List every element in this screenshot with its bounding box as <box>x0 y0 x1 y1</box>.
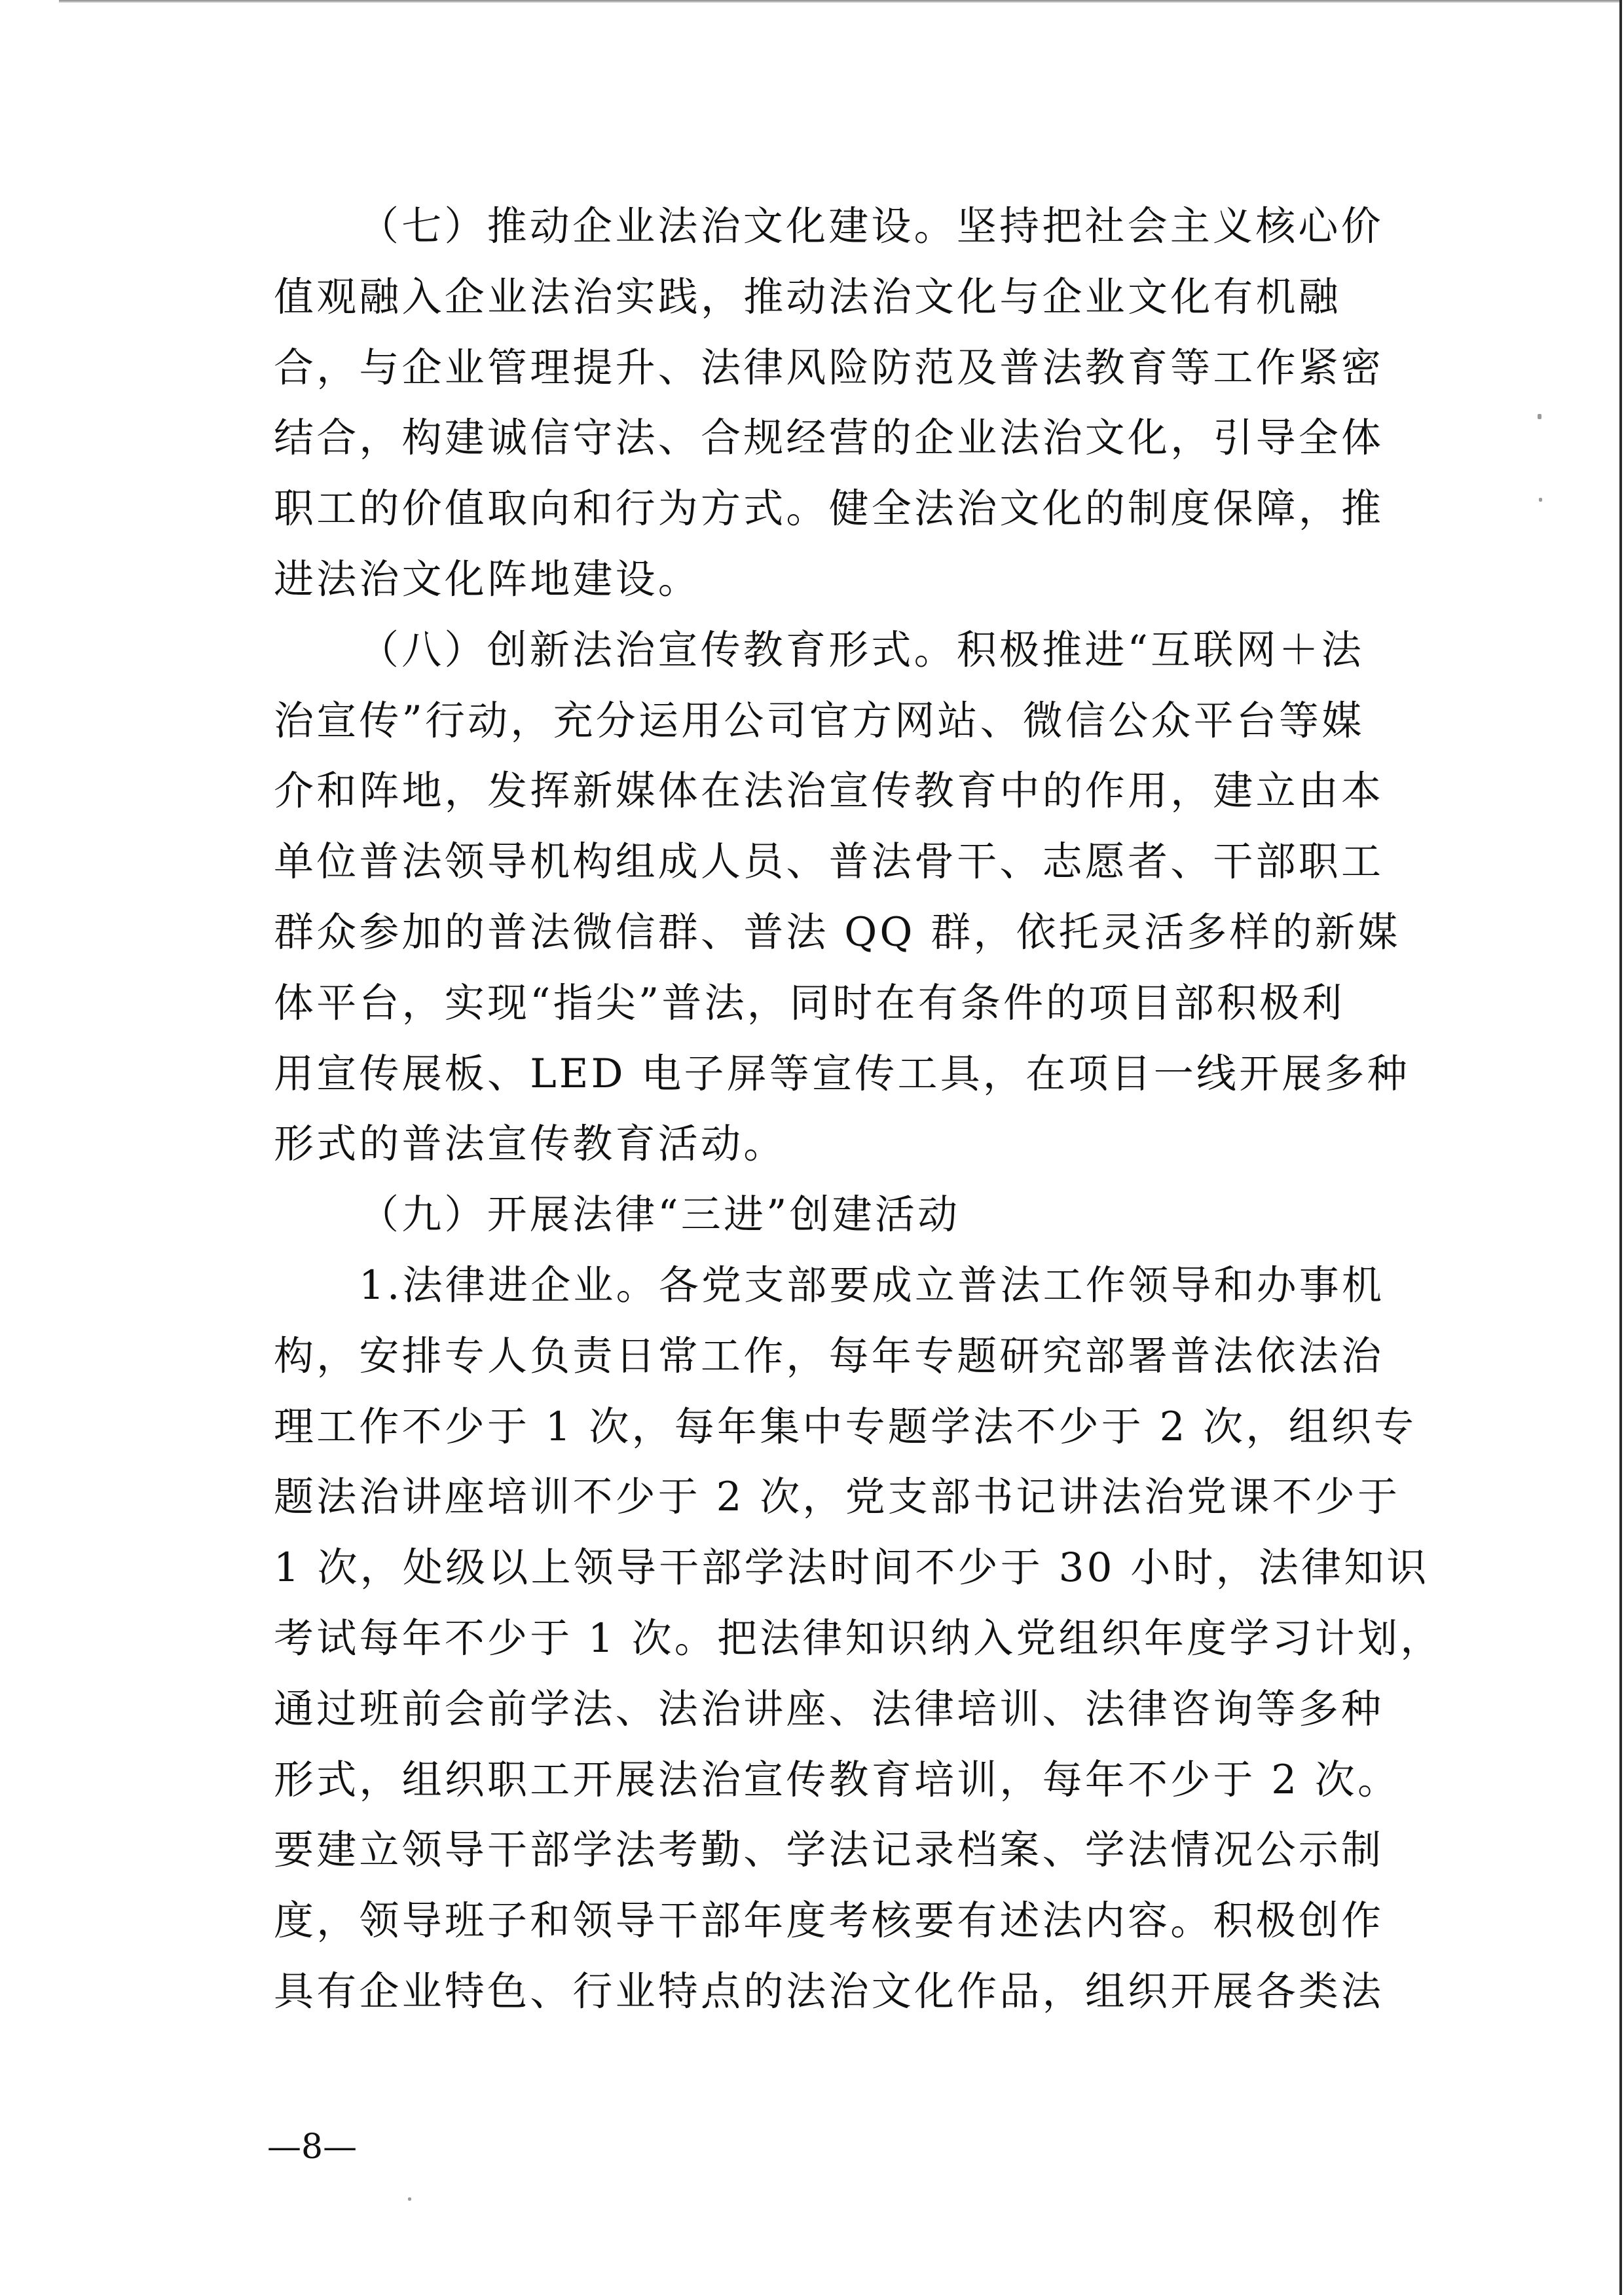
text-line: 合，与企业管理提升、法律风险防范及普法教育等工作紧密 <box>274 333 1393 403</box>
text-line: （七）推动企业法治文化建设。坚持把社会主义核心价 <box>274 191 1393 262</box>
text-line: 职工的价值取向和行为方式。健全法治文化的制度保障，推 <box>274 474 1393 544</box>
paragraph-section-8: （八）创新法治宣传教育形式。积极推进“互联网＋法 治宣传”行动，充分运用公司官方… <box>274 615 1393 1180</box>
scan-speck <box>408 2197 411 2201</box>
section-heading-9: （九）开展法律“三进”创建活动 <box>274 1180 1393 1250</box>
scan-speck <box>1538 414 1541 419</box>
text-line: 形式的普法宣传教育活动。 <box>274 1109 1393 1180</box>
text-line: 群众参加的普法微信群、普法 QQ 群，依托灵活多样的新媒 <box>274 897 1393 968</box>
text-line: 治宣传”行动，充分运用公司官方网站、微信公众平台等媒 <box>274 686 1393 756</box>
text-line: 1.法律进企业。各党支部要成立普法工作领导和办事机 <box>274 1250 1393 1321</box>
paragraph-section-9-item-1: 1.法律进企业。各党支部要成立普法工作领导和办事机 构，安排专人负责日常工作，每… <box>274 1250 1393 2027</box>
text-line: 用宣传展板、LED 电子屏等宣传工具，在项目一线开展多种 <box>274 1039 1393 1110</box>
text-line: 考试每年不少于 1 次。把法律知识纳入党组织年度学习计划， <box>274 1603 1393 1674</box>
text-line: 进法治文化阵地建设。 <box>274 544 1393 615</box>
text-line: （八）创新法治宣传教育形式。积极推进“互联网＋法 <box>274 615 1393 686</box>
text-line: 1 次，处级以上领导干部学法时间不少于 30 小时，法律知识 <box>274 1533 1393 1603</box>
text-line: 要建立领导干部学法考勤、学法记录档案、学法情况公示制 <box>274 1815 1393 1886</box>
text-line: 具有企业特色、行业特点的法治文化作品，组织开展各类法 <box>274 1956 1393 2027</box>
page-number: —8— <box>267 2127 357 2167</box>
text-line: 单位普法领导机构组成人员、普法骨干、志愿者、干部职工 <box>274 827 1393 897</box>
text-line: 形式，组织职工开展法治宣传教育培训，每年不少于 2 次。 <box>274 1745 1393 1816</box>
scan-edge-top <box>59 0 1621 3</box>
body-text: （七）推动企业法治文化建设。坚持把社会主义核心价 值观融入企业法治实践，推动法治… <box>274 191 1393 2027</box>
scan-speck <box>1539 498 1542 502</box>
section-heading-text: （九）开展法律“三进”创建活动 <box>274 1180 1393 1250</box>
text-line: 理工作不少于 1 次，每年集中专题学法不少于 2 次，组织专 <box>274 1392 1393 1463</box>
text-line: 题法治讲座培训不少于 2 次，党支部书记讲法治党课不少于 <box>274 1462 1393 1533</box>
text-line: 度，领导班子和领导干部年度考核要有述法内容。积极创作 <box>274 1886 1393 1956</box>
scan-edge-right <box>1619 0 1622 2295</box>
paragraph-section-7: （七）推动企业法治文化建设。坚持把社会主义核心价 值观融入企业法治实践，推动法治… <box>274 191 1393 615</box>
text-line: 构，安排专人负责日常工作，每年专题研究部署普法依法治 <box>274 1321 1393 1392</box>
text-line: 值观融入企业法治实践，推动法治文化与企业文化有机融 <box>274 262 1393 333</box>
text-line: 通过班前会前学法、法治讲座、法律培训、法律咨询等多种 <box>274 1674 1393 1745</box>
text-line: 体平台，实现“指尖”普法，同时在有条件的项目部积极利 <box>274 968 1393 1039</box>
text-line: 介和阵地，发挥新媒体在法治宣传教育中的作用，建立由本 <box>274 756 1393 827</box>
text-line: 结合，构建诚信守法、合规经营的企业法治文化，引导全体 <box>274 403 1393 474</box>
document-page: （七）推动企业法治文化建设。坚持把社会主义核心价 值观融入企业法治实践，推动法治… <box>0 0 1624 2295</box>
